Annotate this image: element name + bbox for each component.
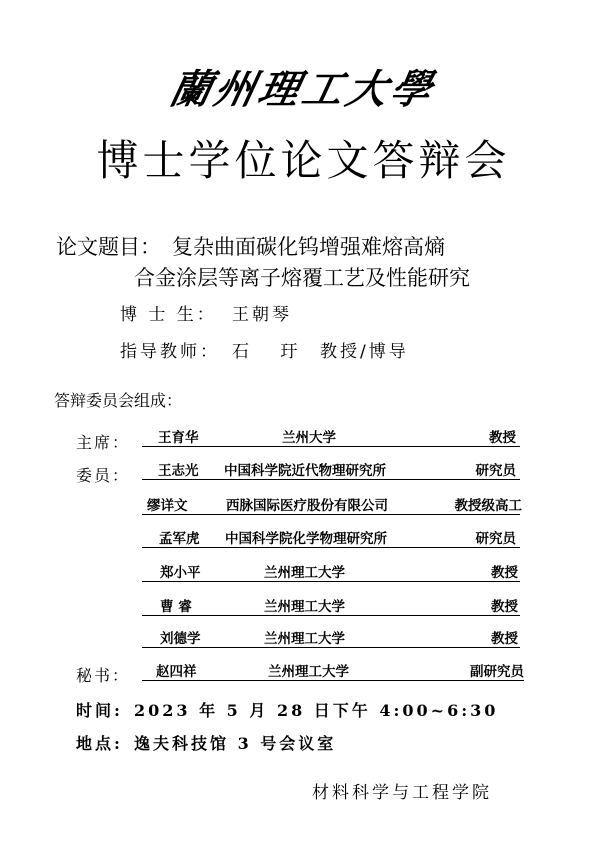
committee-row: 刘德学 兰州理工大学 教授 (142, 629, 520, 648)
member-title: 教授 (491, 599, 518, 615)
member-name: 王志光 (158, 463, 199, 479)
member-name: 孟军虎 (159, 531, 200, 547)
committee-row: 孟军虎 中国科学院化学物理研究所 研究员 (142, 529, 520, 548)
member-org: 兰州理工大学 (268, 664, 349, 680)
committee-row: 王志光 中国科学院近代物理研究所 研究员 (142, 461, 520, 480)
member-name: 赵四祥 (156, 664, 197, 680)
place-label: 地点: (76, 731, 123, 754)
member-org: 兰州理工大学 (264, 599, 345, 615)
member-org: 兰州大学 (282, 430, 336, 446)
member-org: 西脉国际医疗股份有限公司 (226, 498, 388, 514)
committee-row-secretary: 赵四祥 兰州理工大学 副研究员 (142, 662, 524, 681)
member-title: 研究员 (476, 531, 517, 547)
candidate-name: 王朝琴 (232, 300, 292, 325)
member-org: 中国科学院化学物理研究所 (225, 531, 387, 547)
committee-row-chair: 王育华 兰州大学 教授 (142, 428, 520, 447)
committee-row: 郑小平 兰州理工大学 教授 (142, 563, 520, 582)
university-logo: 蘭州理工大學 (0, 58, 607, 115)
department-name: 材料科学与工程学院 (312, 778, 492, 803)
supervisor-name: 石 玗 (232, 337, 300, 362)
thesis-title-line1: 复杂曲面碳化钨增强难熔高熵 (172, 231, 445, 261)
thesis-title-line2: 合金涂层等离子熔覆工艺及性能研究 (134, 262, 470, 292)
member-title: 副研究员 (470, 664, 524, 680)
member-title: 教授 (491, 565, 518, 581)
time-label: 时间: (76, 698, 123, 721)
thesis-label: 论文题目： (56, 231, 161, 261)
member-org: 兰州理工大学 (264, 631, 345, 647)
page-title: 博士学位论文答辩会 (0, 128, 607, 188)
member-title: 教授 (489, 430, 516, 446)
members-label: 委员： (76, 463, 130, 486)
member-name: 刘德学 (160, 631, 201, 647)
member-title: 教授级高工 (455, 498, 523, 514)
member-org: 中国科学院近代物理研究所 (224, 463, 386, 479)
time-value: 2023 年 5 月 28 日下午 4:00~6:30 (134, 698, 498, 721)
member-title: 研究员 (476, 463, 517, 479)
supervisor-label: 指导教师： (120, 337, 220, 362)
committee-heading: 答辩委员会组成： (54, 388, 182, 411)
member-org: 兰州理工大学 (264, 565, 345, 581)
member-name: 郑小平 (160, 565, 201, 581)
candidate-label: 博 士 生： (120, 300, 217, 325)
member-name: 曹 睿 (160, 599, 192, 615)
member-title: 教授 (491, 631, 518, 647)
secretary-label: 秘书： (76, 663, 130, 686)
member-name: 王育华 (158, 430, 199, 446)
committee-row: 曹 睿 兰州理工大学 教授 (142, 597, 520, 616)
chair-label: 主席： (76, 430, 130, 453)
committee-row: 缪详文 西脉国际医疗股份有限公司 教授级高工 (142, 496, 520, 515)
member-name: 缪详文 (147, 498, 188, 514)
place-value: 逸夫科技馆 3 号会议室 (134, 731, 336, 754)
supervisor-title: 教授/博导 (320, 337, 409, 362)
